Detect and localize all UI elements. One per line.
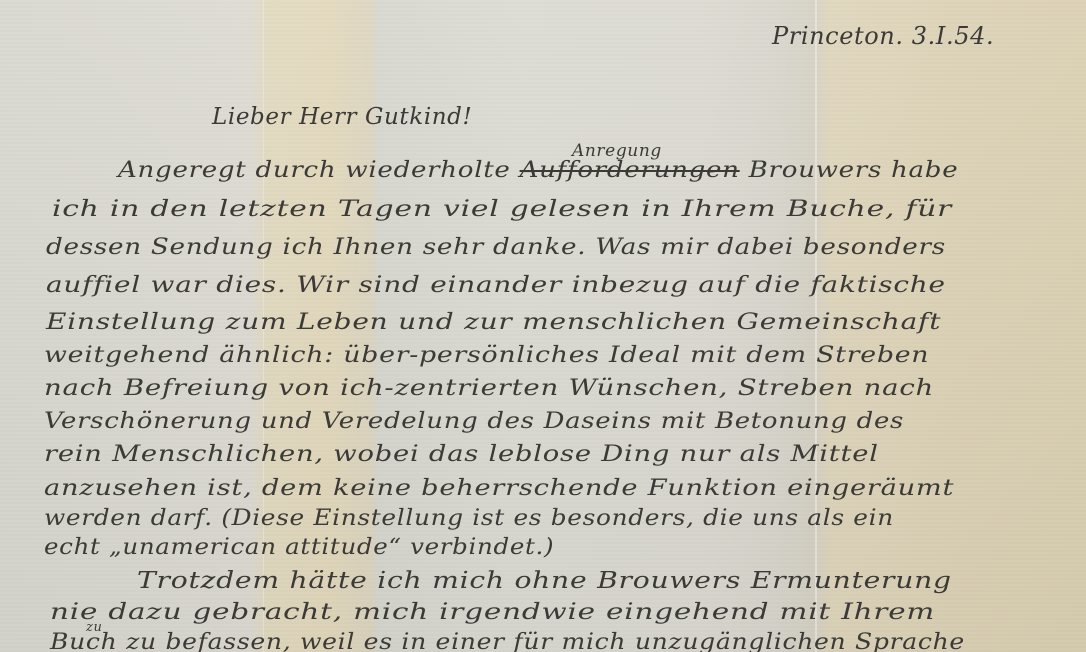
letter-line: dessen Sendung ich Ihnen sehr danke. Was…: [46, 235, 946, 260]
letter-line: ich in den letzten Tagen viel gelesen in…: [52, 197, 952, 222]
letter-line: rein Menschlichen, wobei das leblose Din…: [44, 442, 879, 467]
letter-line: Verschönerung und Veredelung des Daseins…: [44, 409, 904, 434]
letter-line: Buch zu befassen, weil es in einer für m…: [50, 630, 965, 652]
letter-line: Angeregt durch wiederholte Aufforderunge…: [118, 158, 958, 183]
letter-line: Einstellung zum Leben und zur menschlich…: [46, 310, 941, 335]
letter-line: Trotzdem hätte ich mich ohne Brouwers Er…: [137, 568, 952, 594]
letter-line: nie dazu gebracht, mich irgendwie eingeh…: [50, 600, 935, 625]
letter-line: auffiel war dies. Wir sind einander inbe…: [46, 273, 946, 298]
struck-word: Aufforderungen: [520, 158, 740, 183]
letter-line: werden darf. (Diese Einstellung ist es b…: [44, 506, 894, 531]
place-date: Princeton. 3.I.54.: [772, 22, 994, 50]
salutation: Lieber Herr Gutkind!: [212, 104, 472, 130]
line-text: Angeregt durch wiederholte: [118, 158, 511, 183]
letter-line: echt „unamerican attitude“ verbindet.): [44, 535, 554, 560]
letter-line: anzusehen ist, dem keine beherrschende F…: [44, 476, 954, 501]
letter-line: weitgehend ähnlich: über-persönliches Id…: [44, 343, 929, 368]
letter-line: nach Befreiung von ich-zentrierten Wünsc…: [44, 376, 934, 401]
line-text: Brouwers habe: [749, 158, 959, 183]
